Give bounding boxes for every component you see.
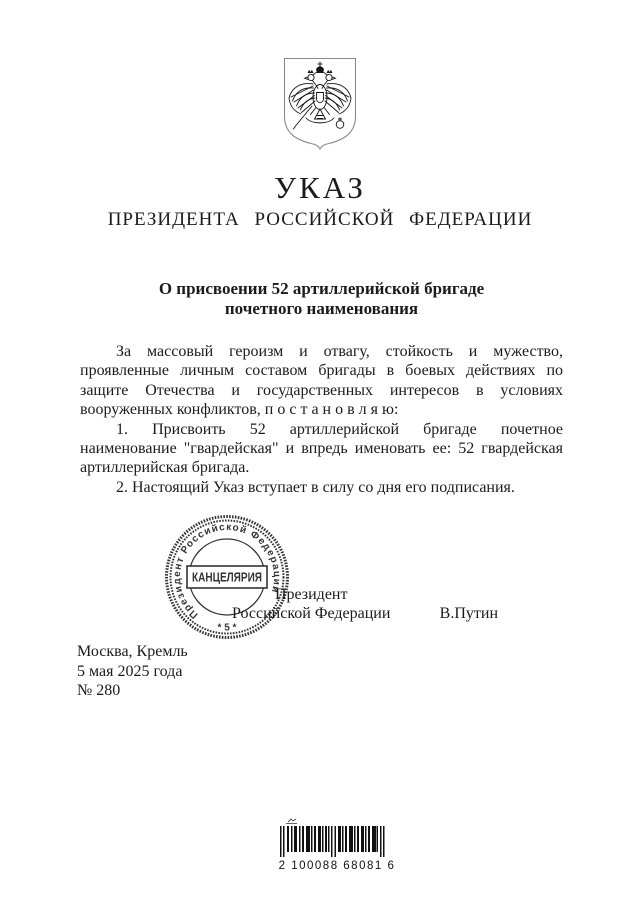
decree-subtitle: ПРЕЗИДЕНТА РОССИЙСКОЙ ФЕДЕРАЦИИ (0, 209, 640, 231)
issue-block: Москва, Кремль 5 мая 2025 года № 280 (77, 642, 188, 701)
decree-page: УКАЗ ПРЕЗИДЕНТА РОССИЙСКОЙ ФЕДЕРАЦИИ О п… (0, 0, 640, 905)
stamp-center-text: КАНЦЕЛЯРИЯ (192, 571, 262, 585)
barcode: 2 100088 68081 6 (272, 814, 402, 876)
coat-of-arms-icon (282, 56, 358, 150)
small-mark-icon (286, 819, 297, 824)
barcode-bars (280, 826, 385, 857)
issue-date: 5 мая 2025 года (77, 662, 188, 682)
barcode-digits: 2 100088 68081 6 (279, 860, 396, 872)
signature-title-line1: Президент (232, 585, 390, 604)
stamp-bottom-text: * 5 * (218, 623, 237, 634)
subject-heading: О присвоении 52 артиллерийской бригаде п… (80, 279, 563, 319)
signature-title-line2: Российской Федерации (232, 604, 390, 623)
decree-paragraph: За массовый героизм и отвагу, стойкость … (80, 342, 563, 420)
issue-place: Москва, Кремль (77, 642, 188, 662)
signature-title: Президент Российской Федерации (232, 585, 390, 623)
decree-number: № 280 (77, 681, 188, 701)
decree-title: УКАЗ (0, 171, 640, 204)
decree-body: За массовый героизм и отвагу, стойкость … (80, 342, 563, 497)
signature-block: Президент Российской Федерации В.Путин (232, 585, 498, 623)
decree-paragraph: 2. Настоящий Указ вступает в силу со дня… (80, 478, 563, 497)
decree-paragraph: 1. Присвоить 52 артиллерийской бригаде п… (80, 420, 563, 478)
signature-name: В.Путин (440, 604, 498, 623)
